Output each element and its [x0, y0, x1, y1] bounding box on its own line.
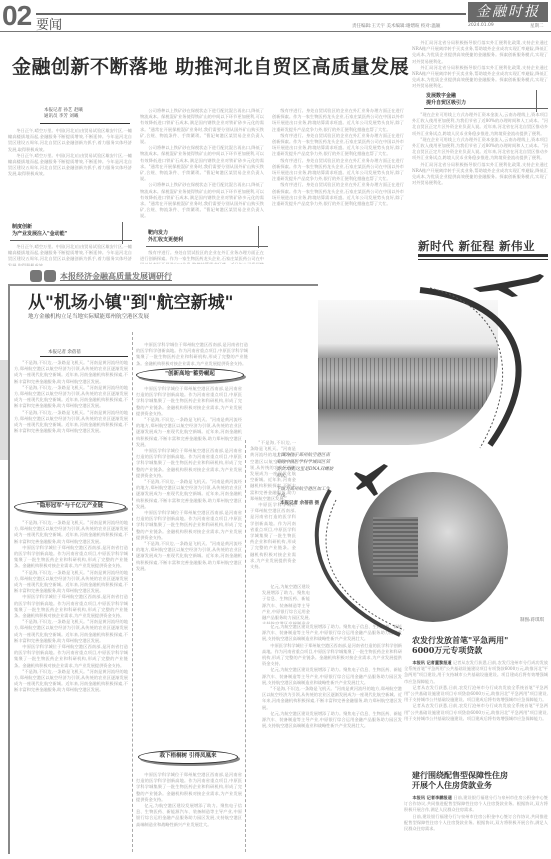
- masthead-rule: [36, 13, 466, 15]
- lead-byline: 本报记者 孙艺 赵曦 通讯员 李芳 刘曦: [44, 108, 83, 120]
- lead-subhead-3: 发展数字金融 提升自贸区吸引力: [426, 93, 466, 107]
- lead-subhead-2: 靶向发力 外汇收支更便利: [148, 230, 183, 244]
- lead-col-2-text: 公司将种以上铁矿砂在保税状态下进行配比混合再出口,降低了物流成本。保税混矿业务使…: [140, 108, 264, 218]
- lead-subhead-1: 制度创新 为产业发展注入"金动能": [12, 224, 67, 238]
- lead-col-1-text: 冬日正午,晴空万里。中国(河北)自由贸易试验区雄安片区,一幢幢高楼拔地而起,金融…: [8, 128, 132, 208]
- feature-title: 从"机场小镇"到"航空新城": [28, 288, 233, 313]
- feature-subhead-2: "隐形冠军"与千亿元产业链: [14, 500, 126, 514]
- banner-badge: [44, 270, 56, 282]
- feature-col-3-text-3: 亿元,为航空港区建设发展增添了助力。聚焦电子信息、生物医药、新能源汽车、装备制造…: [262, 624, 402, 852]
- column-divider: [132, 332, 133, 852]
- side-story-1-headline: 农发行发放首笔"平急两用" 6000万元专项贷款: [412, 635, 508, 655]
- slogan-rule: [418, 254, 548, 257]
- subhead-rule: [146, 246, 268, 247]
- feature-box-shade: [0, 360, 8, 460]
- byline-rule: [40, 123, 130, 124]
- airplane-icon-bottom: [350, 460, 390, 500]
- newspaper-logo: 金融时报: [468, 2, 548, 22]
- subhead-rule: [424, 108, 548, 109]
- side-story-2-text: 本报讯 记者李鹏报道 日前,建设银行福建分行与泉州市住房公积金中心签订合作协议,…: [404, 795, 548, 855]
- top-photo-caption: 上图为位于郑州航空港区南南的中原医学科学城园区管委会大楼,这里是DNA双螺旋形状…: [276, 452, 334, 480]
- banner-badge: [30, 270, 42, 282]
- issue-date: 2024.01.09: [468, 23, 494, 28]
- masthead-bottom-rule: [0, 31, 551, 32]
- lead-col-3-text: 级有序进行。身处自贸试验区的企业在外汇业务办理方面正在进行创新探索。作为一家生物…: [272, 108, 404, 268]
- subhead-rule: [10, 240, 132, 241]
- feature-column-banner: 本报经济金融高质量发展调研行: [30, 270, 160, 284]
- feature-subhead-3: 栽下梧桐树 引得凤凰来: [138, 750, 238, 764]
- right-col-text-2: "现在企业可用线上方式办理外汇资本金流入,云南办理线上,资本项目外汇收入使用更加…: [412, 112, 548, 230]
- bottom-photo-caption: 下图为郑州航空港区加工生产线。: [276, 486, 334, 500]
- chart-credit: 制图:蒋琪琪: [520, 617, 544, 623]
- feature-col-1-text-2: "不是海,不识边,一条路是飞机天。"河南是黄河流经的地方,郑州航空港区以航空经济…: [14, 520, 128, 850]
- slogan-rule: [418, 259, 548, 260]
- slogan: 新时代 新征程 新伟业: [418, 238, 535, 254]
- subhead-tick: [122, 222, 123, 244]
- editors-credit: 责任编辑:王天宇 美术编辑:谢熠暄 校对:温颖: [352, 23, 440, 29]
- lead-col-1-text-2: 冬日正午,晴空万里。中国(河北)自由贸易试验区雄安片区,一幢幢高楼拔地而起,金融…: [8, 244, 132, 266]
- lead-headline: 金融创新不断落地 助推河北自贸区高质量发展: [12, 52, 409, 79]
- page-number: 02: [2, 2, 31, 30]
- byline-line-2: 通讯员 李芳 刘曦: [44, 114, 83, 120]
- feature-byline: 本报记者 余蓓蓓: [48, 349, 81, 355]
- side-story-1-text: 本报讯 记者董黎报道 记者从农发行获悉,日前,农发行沧州市分行成功发放全系统首笔…: [404, 660, 548, 756]
- issue-weekday: 星期二: [530, 23, 544, 29]
- column-label: 本报经济金融高质量发展调研行: [60, 271, 172, 282]
- feature-subtitle: 地方金融机构立足当地实际赋能郑州航空港区发展: [28, 312, 149, 320]
- feature-col-2-text-3: 中原医学科学城位于郑州航空港区西南部,是河南省打造的医学科学创新高地。作为河南省…: [136, 772, 242, 852]
- right-col-text-1: 外汇局河北省分局积极指导银行落实外汇便利化政策,支持企业通过NRA账户开展离岸转…: [412, 40, 548, 90]
- subhead-tick: [536, 90, 537, 112]
- feature-byline-rule: [40, 356, 128, 357]
- masthead: 02 要闻 金融时报 责任编辑:王天宇 美术编辑:谢熠暄 校对:温颖 2024.…: [0, 0, 551, 36]
- photo-credit: 本报记者 余蓓蓓 摄: [280, 500, 319, 507]
- feature-col-2-text-2: 中原医学科学城位于郑州航空港区西南部,是河南省打造的医学科学创新高地。作为河南省…: [136, 386, 242, 691]
- lead-col-2-text-2: 级有序进行。身处自贸试验区的企业在外汇业务办理方面正在进行创新探索。作为一家生物…: [140, 250, 264, 264]
- column-divider: [245, 440, 246, 852]
- subhead-tick: [258, 226, 259, 248]
- feature-col-2-text: 中原医学科学城位于郑州航空港区西南部,是河南省打造的医学科学创新高地。作为河南省…: [136, 342, 248, 366]
- side-story-2-headline: 建行围绕配售型保障性住房 开展个人住房贷款业务: [412, 770, 508, 790]
- feature-subhead-1: "创新高地"蓄势崛起: [136, 368, 244, 382]
- airplane-icon-top: [468, 270, 548, 300]
- feature-col-1-text: "不是海,不识边,一条路是飞机天。"河南是黄河流经的地方,郑州航空港区以航空经济…: [14, 360, 128, 495]
